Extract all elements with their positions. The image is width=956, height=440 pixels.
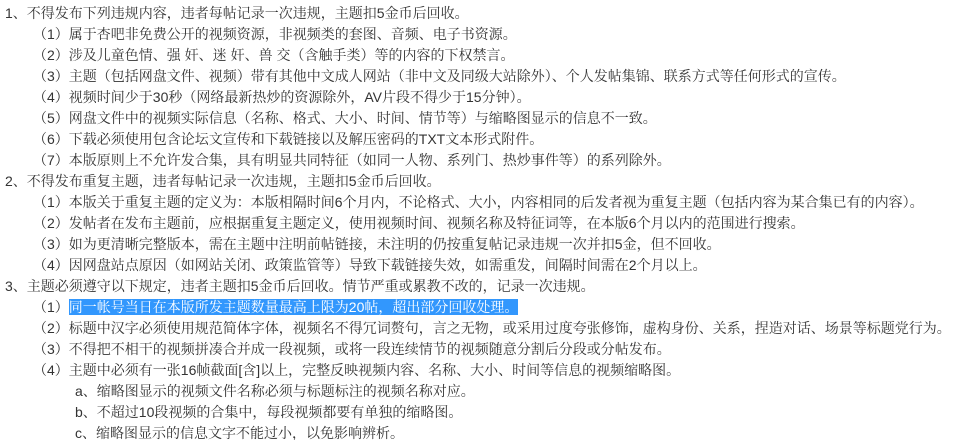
rule-line: （4）视频时间少于30秒（网络最新热炒的资源除外，AV片段不得少于15分钟）。 xyxy=(0,87,956,108)
rules-document: 1、不得发布下列违规内容，违者每帖记录一次违规，主题扣5金币后回收。（1）属于杏… xyxy=(0,0,956,440)
rule-line: 2、不得发布重复主题，违者每帖记录一次违规，主题扣5金币后回收。 xyxy=(0,171,956,192)
rule-line-prefix: （1） xyxy=(33,299,69,315)
rule-line: （5）网盘文件中的视频实际信息（名称、格式、大小、时间、情节等）与缩略图显示的信… xyxy=(0,108,956,129)
rule-line: （3）不得把不相干的视频拼凑合并成一段视频，或将一段连续情节的视频随意分割后分段… xyxy=(0,339,956,360)
rule-line: 1、不得发布下列违规内容，违者每帖记录一次违规，主题扣5金币后回收。 xyxy=(0,3,956,24)
rule-line: （1）同一帐号当日在本版所发主题数量最高上限为20帖，超出部分回收处理。 xyxy=(0,297,956,318)
rule-line: （4）因网盘站点原因（如网站关闭、政策监管等）导致下载链接失效，如需重发，间隔时… xyxy=(0,255,956,276)
rule-line: （2）发帖者在发布主题前，应根据重复主题定义，使用视频时间、视频名称及特征词等，… xyxy=(0,213,956,234)
rule-line: a、缩略图显示的视频文件名称必须与标题标注的视频名称对应。 xyxy=(0,381,956,402)
rule-line: （3）主题（包括网盘文件、视频）带有其他中文成人网站（非中文及同级大站除外）、个… xyxy=(0,66,956,87)
rule-line: （6）下载必须使用包含论坛文宣传和下载链接以及解压密码的TXT文本形式附件。 xyxy=(0,129,956,150)
rule-line: （2）标题中汉字必须使用规范简体字体，视频名不得冗词赘句，言之无物，或采用过度夸… xyxy=(0,318,956,339)
rule-line: （4）主题中必须有一张16帧截面[含]以上，完整反映视频内容、名称、大小、时间等… xyxy=(0,360,956,381)
rule-line: （7）本版原则上不允许发合集，具有明显共同特征（如同一人物、系列门、热炒事件等）… xyxy=(0,150,956,171)
rule-line: （1）属于杏吧非免费公开的视频资源，非视频类的套图、音频、电子书资源。 xyxy=(0,24,956,45)
selected-text[interactable]: 同一帐号当日在本版所发主题数量最高上限为20帖，超出部分回收处理。 xyxy=(69,299,519,315)
rule-line: （3）如为更清晰完整版本，需在主题中注明前帖链接，未注明的仍按重复帖记录违规一次… xyxy=(0,234,956,255)
rule-line: （2）涉及儿童色情、强 奸、迷 奸、兽 交（含触手类）等的内容的下权禁言。 xyxy=(0,45,956,66)
rule-line: b、不超过10段视频的合集中，每段视频都要有单独的缩略图。 xyxy=(0,402,956,423)
rule-line: 3、主题必须遵守以下规定，违者主题扣5金币后回收。情节严重或累教不改的，记录一次… xyxy=(0,276,956,297)
rule-line: c、缩略图显示的信息文字不能过小，以免影响辨析。 xyxy=(0,423,956,440)
rule-line: （1）本版关于重复主题的定义为：本版相隔时间6个月内，不论格式、大小，内容相同的… xyxy=(0,192,956,213)
